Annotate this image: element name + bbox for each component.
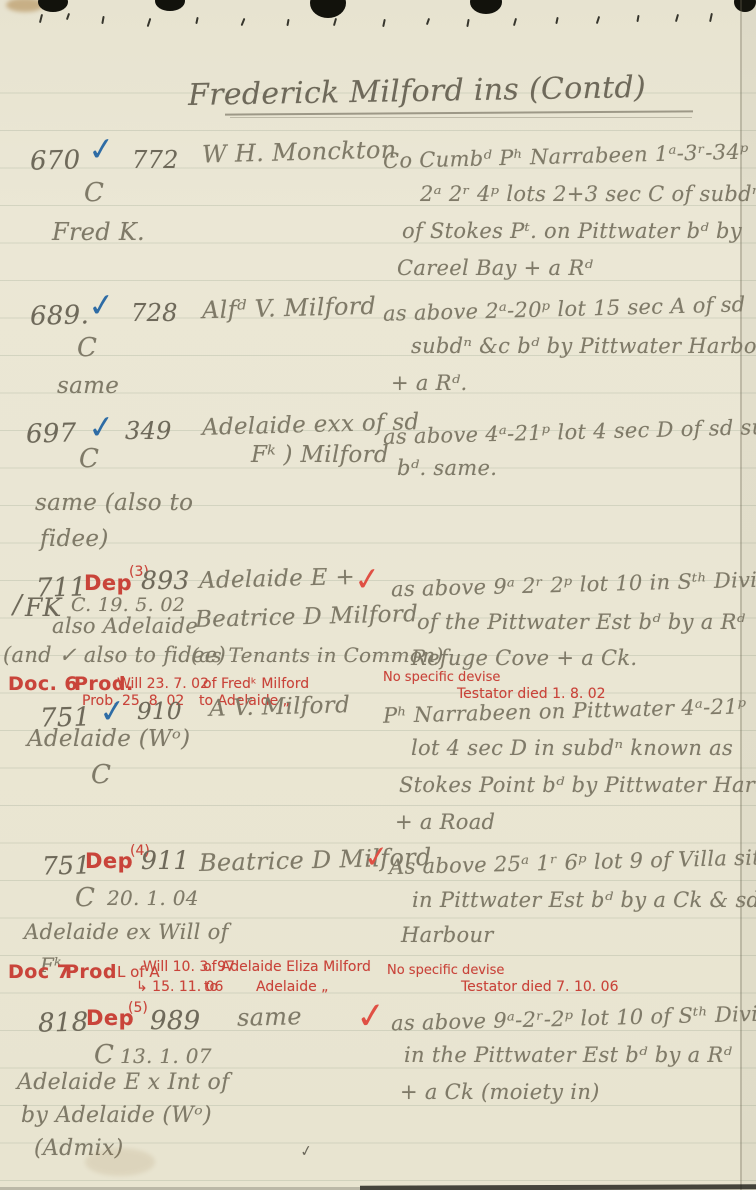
land-description: Careel Bay + a Rᵈ (397, 256, 593, 280)
title-underline (225, 110, 693, 115)
entry-note: Fred K. (52, 218, 145, 246)
red-check-icon: ✓ (362, 839, 391, 876)
doc-label: Doc. 6 (8, 673, 78, 695)
stitch-mark (39, 14, 43, 23)
land-description: as above 9ᵃ 2ʳ 2ᵖ lot 10 in Sᵗʰ Division (391, 567, 756, 602)
stitch-mark (147, 18, 152, 27)
c-mark: C (75, 883, 95, 913)
land-description: Harbour (401, 923, 494, 947)
red-check-icon: ✓ (352, 559, 383, 600)
land-description: in the Pittwater Est bᵈ by a Rᵈ (404, 1043, 732, 1067)
will-date: Will 23. 7. 02 (117, 676, 209, 692)
blue-check-icon: ✓ (86, 285, 117, 326)
stitch-mark (675, 14, 679, 22)
c-mark: C (79, 444, 99, 474)
register-number: 349 (125, 417, 172, 445)
entry-number: 697 (26, 418, 77, 449)
grantee-name: Adelaide E + (199, 564, 356, 594)
register-number: 893 (141, 566, 190, 595)
stitch-mark (466, 19, 469, 27)
will-of: of Adelaide Eliza Milford (203, 959, 371, 975)
bottom-edge-dark (360, 1184, 756, 1190)
dep-stamp: Dep (85, 849, 133, 873)
no-specific-devise-note: No specific devise (383, 670, 500, 685)
c-date: 13. 1. 07 (120, 1044, 212, 1068)
stitch-mark (241, 18, 246, 26)
c-mark: C (77, 333, 97, 363)
entry-note: same (also to (35, 490, 193, 516)
grantee-name: Beatrice D Milford (195, 601, 419, 633)
entry-number: 751 (42, 850, 91, 880)
land-description: 2ᵃ 2ʳ 4ᵖ lots 2+3 sec C of subdⁿ (420, 182, 756, 206)
testator-died-note: Testator died 7. 10. 06 (461, 979, 618, 995)
dep-number: (5) (128, 1000, 148, 1016)
dep-stamp: Dep (86, 1006, 134, 1030)
grantee-name: A V. Milford (209, 692, 351, 722)
entry-number: 689. (30, 300, 90, 332)
binding-hole (38, 0, 68, 12)
red-check-icon: ✓ (354, 995, 388, 1039)
page-title: Frederick Milford ins (Contd) (188, 70, 647, 113)
c-mark: C (94, 1040, 114, 1070)
register-number: 910 (137, 699, 182, 725)
land-description: + a Ck (moiety in) (400, 1080, 600, 1104)
entry-note: Adelaide E x Int of (17, 1070, 230, 1095)
entry-note: also Adelaide (52, 614, 198, 638)
stitch-mark (555, 17, 558, 24)
dep-stamp: Dep (84, 571, 132, 595)
will-of: of Fredᵏ Milford (203, 676, 309, 692)
entry-note: Adelaide (Wᵒ) (27, 726, 190, 752)
land-description: of the Pittwater Est bᵈ by a Rᵈ (417, 610, 745, 634)
stitch-mark (333, 18, 337, 26)
land-description: + a Road (395, 810, 495, 834)
land-description: Pʰ Narrabeen on Pittwater 4ᵃ-21ᵖ (383, 694, 747, 728)
land-description: as above 4ᵃ-21ᵖ lot 4 sec D of sd subdⁿ … (383, 413, 756, 449)
land-description: bᵈ. same. (397, 456, 497, 480)
ledger-page: Frederick Milford ins (Contd) 670 ✓ C Fr… (0, 0, 756, 1190)
entry-note: Adelaide ex Will of (24, 920, 229, 944)
c-mark: C (84, 178, 104, 208)
entry-note: fidee) (40, 526, 109, 552)
entry-number: 818 (38, 1007, 89, 1038)
stitch-mark (709, 13, 713, 22)
admin-to: to (204, 979, 218, 995)
c-mark: C (91, 760, 111, 790)
land-description: of Stokes Pᵗ. on Pittwater bᵈ by (402, 219, 742, 243)
entry-number: 670 (30, 145, 81, 176)
blue-check-icon: ✓ (86, 407, 117, 448)
stitch-mark (286, 19, 289, 26)
no-specific-devise-note: No specific devise (387, 963, 504, 978)
entry-note: by Adelaide (Wᵒ) (21, 1103, 212, 1128)
grantee-name: same (237, 1002, 303, 1032)
register-number: 989 (150, 1006, 201, 1036)
land-description: in Pittwater Est bᵈ by a Ck & sd (412, 888, 756, 912)
binding-hole (470, 0, 502, 14)
stitch-mark (513, 18, 517, 26)
register-number: 728 (131, 299, 178, 327)
stitch-mark (636, 15, 639, 22)
paper-stain-bottom-left (85, 1148, 155, 1176)
land-description: Refuge Cove + a Ck. (411, 646, 637, 670)
blue-check-icon: ✓ (86, 129, 117, 170)
stitch-mark (382, 19, 386, 27)
doc-label: Doc 7 (8, 961, 70, 983)
land-description: lot 4 sec D in subdⁿ known as (411, 736, 733, 760)
grantee-name: Fᵏ ) Milford (251, 442, 389, 468)
stitch-mark (596, 16, 600, 24)
stitch-mark (195, 17, 198, 24)
land-description: Stokes Point bᵈ by Pittwater Harbour (399, 773, 756, 797)
stitch-mark (426, 18, 430, 25)
prod-label: Prod (65, 961, 117, 983)
land-description: As above 25ᵃ 1ʳ 6ᵖ lot 9 of Villa sites (389, 845, 756, 879)
stitch-mark (101, 16, 104, 24)
binding-hole (310, 0, 346, 18)
admin-to-name: Adelaide „ (256, 979, 328, 995)
stitch-mark (66, 13, 70, 20)
entry-note: same (57, 373, 119, 399)
binding-hole (155, 0, 185, 11)
land-description: as above 9ᵃ-2ʳ-2ᵖ lot 10 of Sᵗʰ Division (391, 1001, 756, 1036)
land-description: Co Cumbᵈ Pʰ Narrabeen 1ᵃ-3ʳ-34ᵖ + (383, 139, 756, 173)
c-date: 20. 1. 04 (107, 886, 199, 910)
register-number: 772 (132, 146, 179, 174)
grantee-name: Alfᵈ V. Milford (202, 292, 377, 325)
register-number: 911 (141, 846, 190, 875)
grantee-name: W H. Monckton (202, 135, 397, 168)
pencil-tick: ∕ (13, 590, 22, 620)
title-underline (230, 117, 692, 118)
land-description: subdⁿ &c bᵈ by Pittwater Harbour (411, 334, 756, 358)
pencil-check-icon: ✓ (299, 1141, 315, 1161)
grantee-name: (as Tenants in Common) (191, 643, 444, 667)
land-description: as above 2ᵃ-20ᵖ lot 15 sec A of sd (383, 292, 746, 325)
c-date: C. 19. 5. 02 (71, 594, 185, 616)
land-description: + a Rᵈ. (391, 371, 467, 395)
